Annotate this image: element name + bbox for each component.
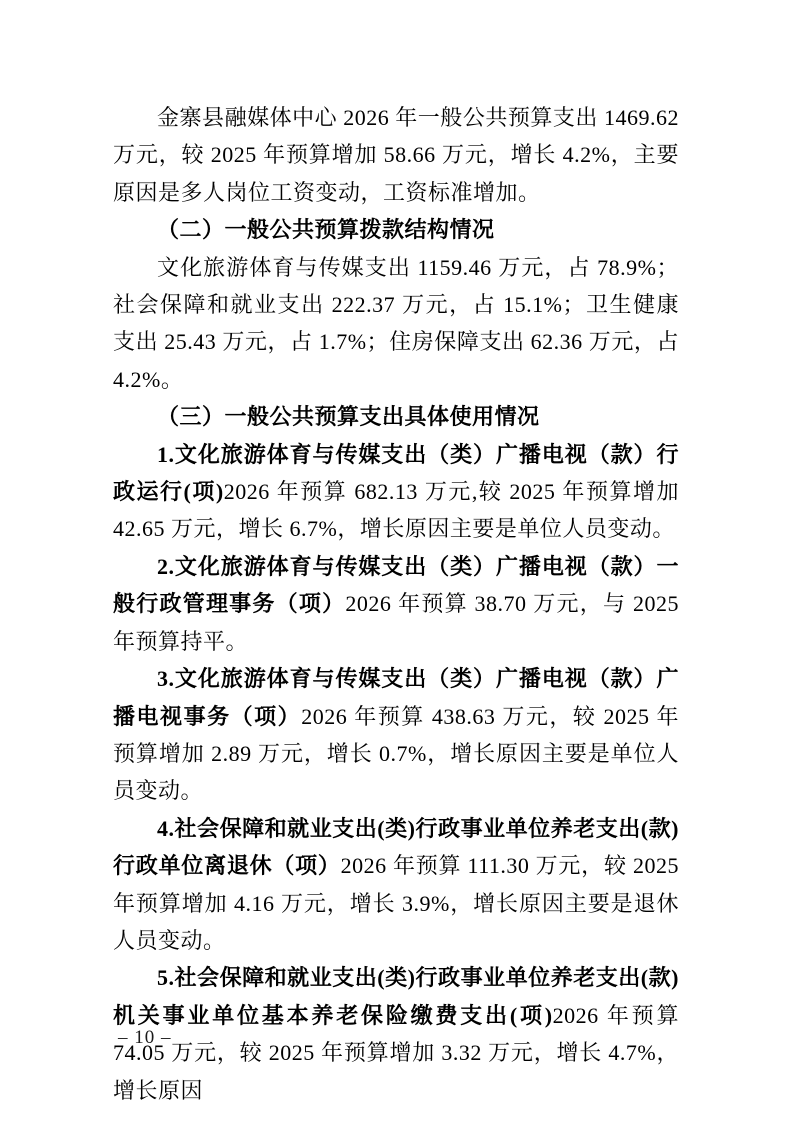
document-page: 金寨县融媒体中心 2026 年一般公共预算支出 1469.62 万元，较 202… <box>0 0 793 1122</box>
section-heading: （二）一般公共预算拨款结构情况 <box>113 211 679 248</box>
paragraph: 金寨县融媒体中心 2026 年一般公共预算支出 1469.62 万元，较 202… <box>113 99 679 211</box>
section-heading: （三）一般公共预算支出具体使用情况 <box>113 398 679 435</box>
paragraph: 3.文化旅游体育与传媒支出（类）广播电视（款）广播电视事务（项）2026 年预算… <box>113 660 679 810</box>
paragraph: 5.社会保障和就业支出(类)行政事业单位养老支出(款)机关事业单位基本养老保险缴… <box>113 959 679 1109</box>
page-footer: – 10 – <box>118 1026 172 1050</box>
paragraph: 4.社会保障和就业支出(类)行政事业单位养老支出(款)行政单位离退休（项）202… <box>113 810 679 960</box>
document-body: 金寨县融媒体中心 2026 年一般公共预算支出 1469.62 万元，较 202… <box>113 99 679 1109</box>
paragraph: 1.文化旅游体育与传媒支出（类）广播电视（款）行政运行(项)2026 年预算 6… <box>113 436 679 548</box>
paragraph: 文化旅游体育与传媒支出 1159.46 万元，占 78.9%；社会保障和就业支出… <box>113 249 679 399</box>
paragraph: 2.文化旅游体育与传媒支出（类）广播电视（款）一般行政管理事务（项）2026 年… <box>113 548 679 660</box>
page-number: – 10 – <box>118 1027 172 1048</box>
